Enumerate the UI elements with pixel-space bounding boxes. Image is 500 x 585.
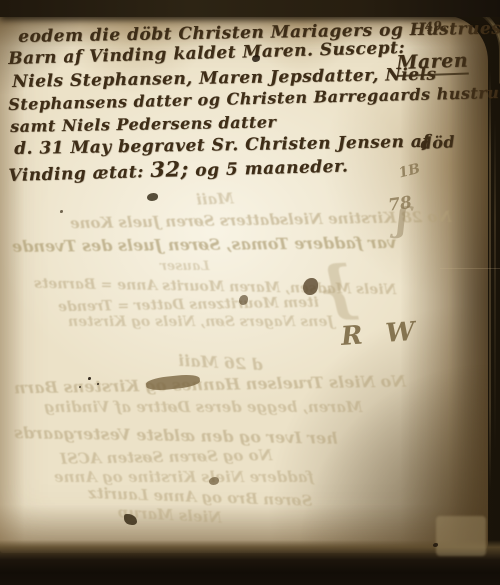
under-page-corner-patch [436,516,486,556]
book-edge-top [0,0,500,17]
bleedthrough-line: No og Søren Søsten ACSI [60,446,273,468]
spine-seam-line [440,268,500,269]
spine-highlight-streak [494,120,496,450]
bleedthrough-line: Maii [196,189,234,208]
spine-highlight-streak [489,70,491,490]
age-value: 32; [150,156,189,182]
bleedthrough-brace: } [317,251,359,325]
book-edge-bottom [0,540,500,585]
age-prefix: Vinding ætat: [8,162,144,186]
ink-spot [79,386,81,388]
page-number: 49. [424,18,448,34]
manuscript-scan: eodem die döbt Christen Mariagers og Hus… [0,0,500,585]
ink-spot [97,383,99,385]
bleedthrough-line: Maren, begge deres Døttre af Vinding [44,398,363,416]
marginal-initials: R W [340,316,423,352]
age-suffix: og 5 maaneder. [195,157,349,181]
dead-annotation: död [420,132,455,153]
bleedthrough-line: Lauser [160,259,209,274]
bleedthrough-line: Jens Nagers Søn, Niels og Kirsten [68,314,334,330]
